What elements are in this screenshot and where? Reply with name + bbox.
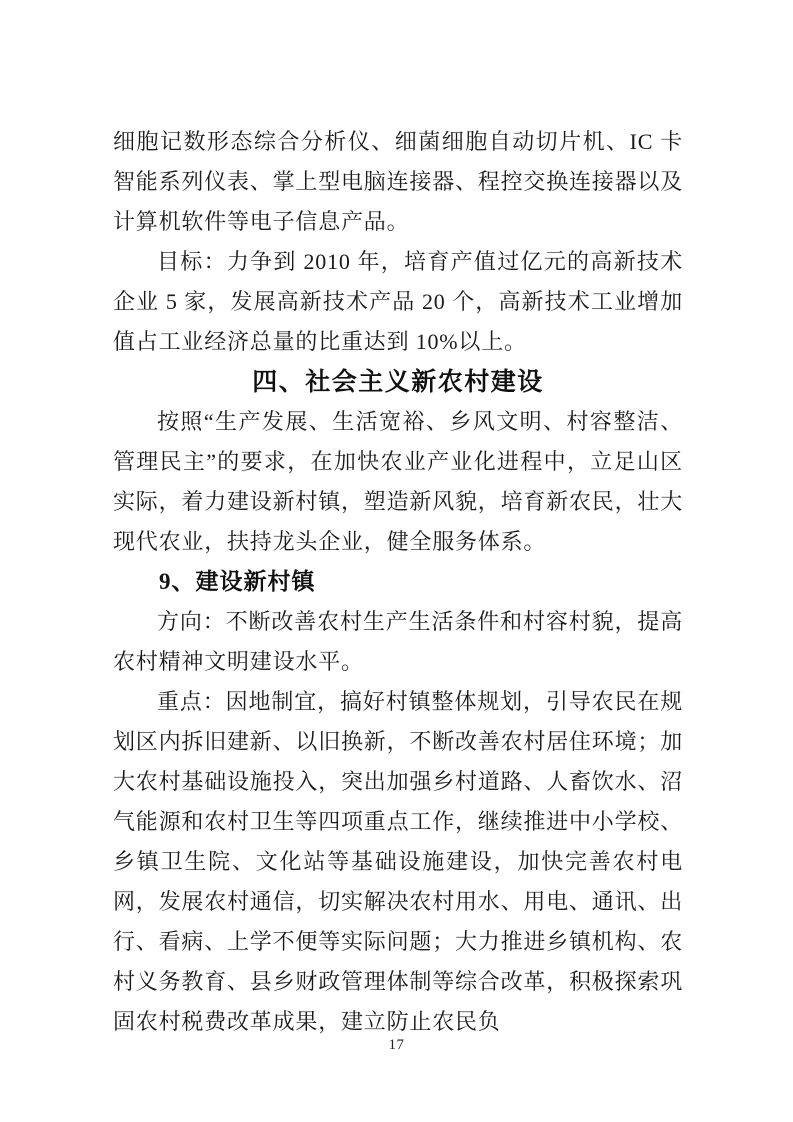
document-body: 细胞记数形态综合分析仪、细菌细胞自动切片机、IC 卡智能系列仪表、掌上型电脑连接…	[113, 122, 683, 1042]
subsection-heading: 9、建设新村镇	[113, 562, 683, 602]
section-heading: 四、社会主义新农村建设	[113, 362, 683, 402]
body-paragraph-goals: 目标：力争到 2010 年，培育产值过亿元的高新技术企业 5 家，发展高新技术产…	[113, 242, 683, 362]
body-paragraph-requirements: 按照“生产发展、生活宽裕、乡风文明、村容整洁、管理民主”的要求，在加快农业产业化…	[113, 402, 683, 562]
body-paragraph-continued: 细胞记数形态综合分析仪、细菌细胞自动切片机、IC 卡智能系列仪表、掌上型电脑连接…	[113, 122, 683, 242]
page-number: 17	[0, 1036, 793, 1054]
document-page: 细胞记数形态综合分析仪、细菌细胞自动切片机、IC 卡智能系列仪表、掌上型电脑连接…	[0, 0, 793, 1122]
body-paragraph-key-points: 重点：因地制宜，搞好村镇整体规划，引导农民在规划区内拆旧建新、以旧换新，不断改善…	[113, 682, 683, 1042]
body-paragraph-direction: 方向：不断改善农村生产生活条件和村容村貌，提高农村精神文明建设水平。	[113, 602, 683, 682]
